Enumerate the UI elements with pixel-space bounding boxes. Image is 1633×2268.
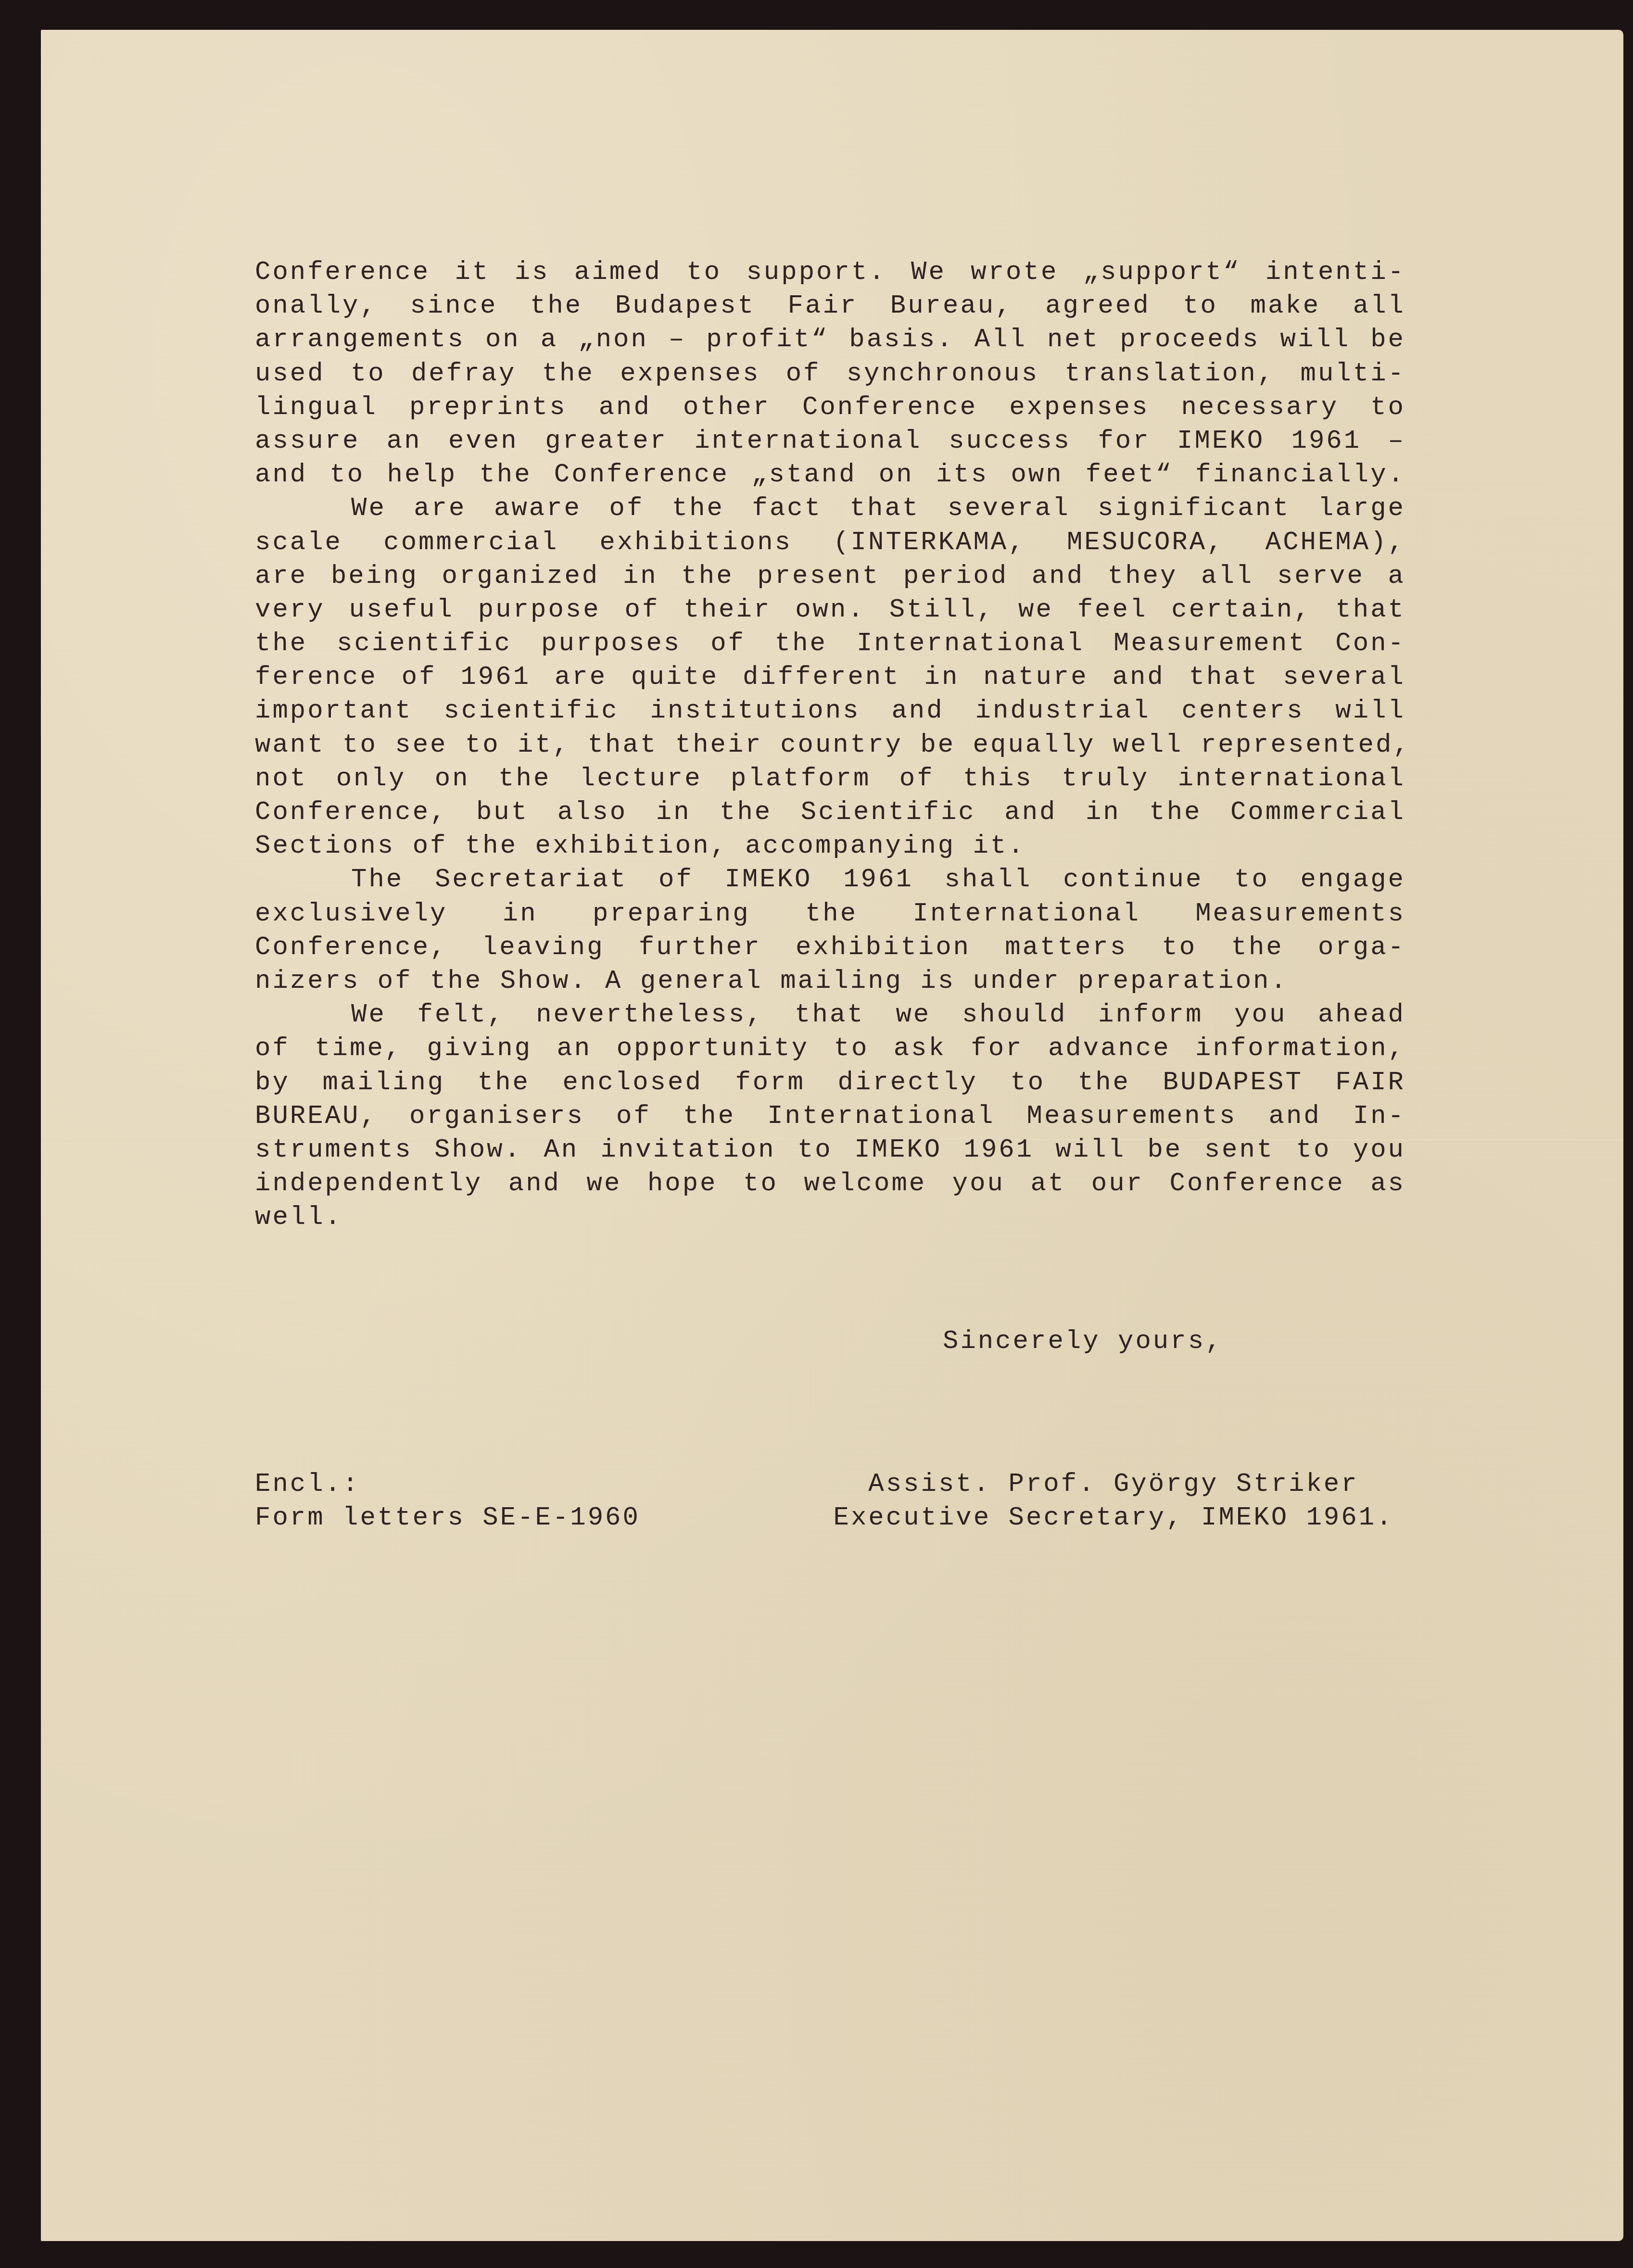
body-line: not only on the lecture platform of this… [255, 762, 1405, 796]
body-line: want to see to it, that their country be… [255, 729, 1405, 762]
body-line: onally, since the Budapest Fair Bureau, … [255, 290, 1405, 323]
body-line: and to help the Conference „stand on its… [255, 458, 1405, 492]
body-line: ference of 1961 are quite different in n… [255, 661, 1405, 694]
body-line: important scientific institutions and in… [255, 694, 1405, 728]
body-line: very useful purpose of their own. Still,… [255, 593, 1405, 627]
signatory-title: Executive Secretary, IMEKO 1961. [794, 1501, 1433, 1535]
letter-page: Conference it is aimed to support. We wr… [41, 30, 1623, 2241]
body-line: struments Show. An invitation to IMEKO 1… [255, 1134, 1405, 1167]
body-line: assure an even greater international suc… [255, 425, 1405, 458]
paragraph-start-line: We felt, nevertheless, that we should in… [255, 998, 1405, 1032]
body-line: Conference, leaving further exhibition m… [255, 931, 1405, 965]
body-line: lingual preprints and other Conference e… [255, 391, 1405, 425]
enclosure-block: Encl.: Form letters SE-E-1960 [255, 1468, 640, 1535]
signatory-name: Assist. Prof. György Striker [794, 1468, 1433, 1501]
body-line: scale commercial exhibitions (INTERKAMA,… [255, 526, 1405, 560]
paragraph-end-line: well. [255, 1201, 1405, 1235]
paragraph-start-line: The Secretariat of IMEKO 1961 shall cont… [255, 863, 1405, 897]
paragraph-start-line: We are aware of the fact that several si… [255, 492, 1405, 526]
paragraph-end-line: nizers of the Show. A general mailing is… [255, 965, 1405, 998]
body-line: are being organized in the present perio… [255, 560, 1405, 593]
enclosure-item: Form letters SE-E-1960 [255, 1501, 640, 1535]
enclosure-label: Encl.: [255, 1468, 640, 1501]
body-line: Conference, but also in the Scientific a… [255, 796, 1405, 830]
body-line: used to defray the expenses of synchrono… [255, 357, 1405, 391]
body-line: the scientific purposes of the Internati… [255, 627, 1405, 661]
paragraph-end-line: Sections of the exhibition, accompanying… [255, 830, 1405, 863]
body-line: by mailing the enclosed form directly to… [255, 1066, 1405, 1100]
body-line: BUREAU, organisers of the International … [255, 1100, 1405, 1134]
body-line: Conference it is aimed to support. We wr… [255, 256, 1405, 290]
body-line: arrangements on a „non – profit“ basis. … [255, 323, 1405, 357]
signature-block: Assist. Prof. György Striker Executive S… [794, 1468, 1433, 1535]
body-line: independently and we hope to welcome you… [255, 1167, 1405, 1201]
body-line: exclusively in preparing the Internation… [255, 897, 1405, 931]
closing-salutation: Sincerely yours, [943, 1325, 1223, 1359]
letter-body: Conference it is aimed to support. We wr… [255, 256, 1405, 1235]
body-line: of time, giving an opportunity to ask fo… [255, 1032, 1405, 1066]
